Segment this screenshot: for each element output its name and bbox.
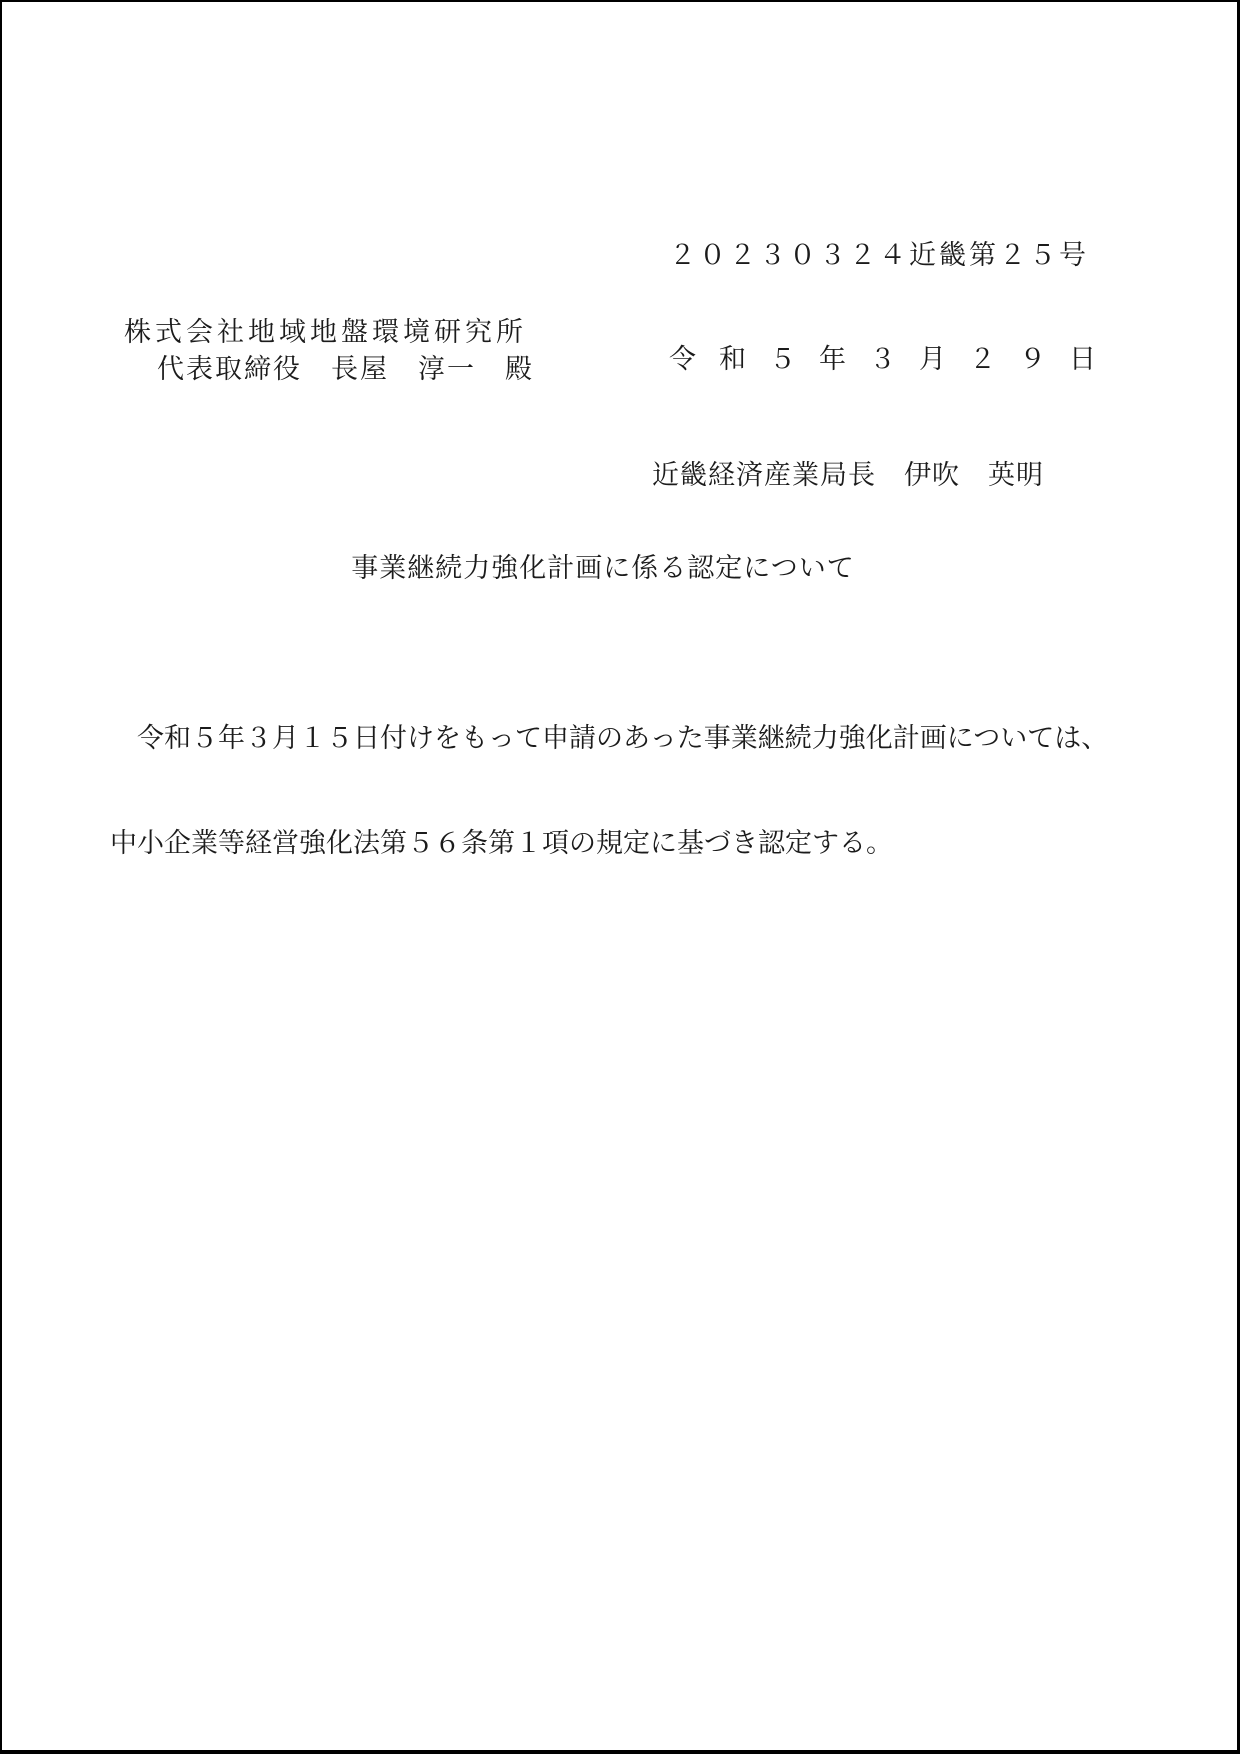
- body-line-1: 令和５年３月１５日付けをもって申請のあった事業継続力強化計画については、: [110, 721, 970, 756]
- recipient-representative: 代表取締役 長屋 淳一 殿: [157, 352, 534, 386]
- header-block: ２０２３０３２４近畿第２５号 令和５年３月２９日: [669, 170, 1119, 444]
- body-line-2: 中小企業等経営強化法第５６条第１項の規定に基づき認定する。: [110, 826, 970, 861]
- document-number: ２０２３０３２４近畿第２５号: [669, 238, 1119, 272]
- body-paragraph: 令和５年３月１５日付けをもって申請のあった事業継続力強化計画については、 中小企…: [110, 651, 970, 931]
- document-title: 事業継続力強化計画に係る認定について: [2, 551, 1204, 585]
- recipient-company: 株式会社地域地盤環境研究所: [124, 315, 527, 349]
- sender-name: 近畿経済産業局長 伊吹 英明: [652, 458, 1044, 492]
- document-page: ２０２３０３２４近畿第２５号 令和５年３月２９日 株式会社地域地盤環境研究所 代…: [0, 0, 1240, 1754]
- issue-date: 令和５年３月２９日: [669, 342, 1119, 376]
